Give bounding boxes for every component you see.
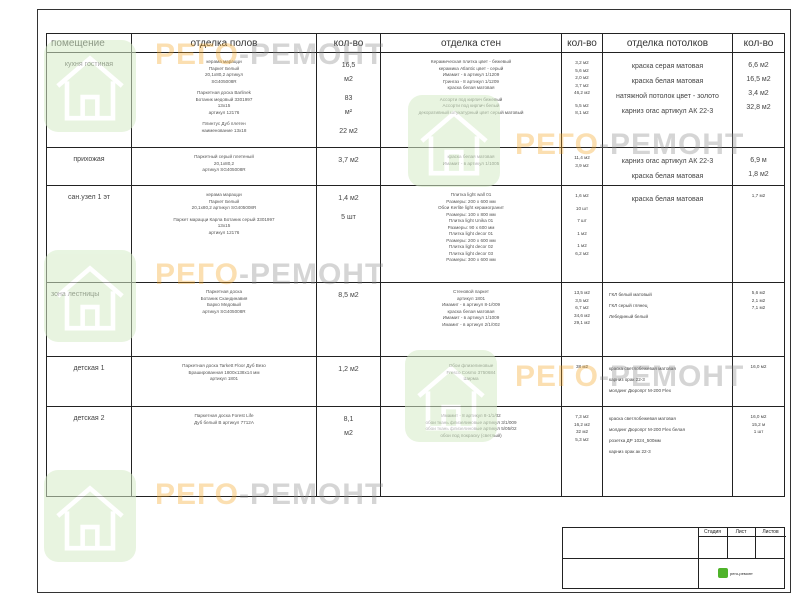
ceiling-finish: краска белая матовая	[603, 186, 733, 283]
header-walls: отделка стен	[381, 34, 562, 53]
title-block-sheet: Лист	[727, 528, 755, 537]
watermark-house-icon	[408, 95, 500, 187]
ceiling-qty: 1,7 м2	[733, 186, 785, 283]
watermark-text: РЕГО-РЕМОНТ	[155, 478, 384, 512]
ceiling-finish: ГКЛ белый матовыйГКЛ серый глянецЛебедин…	[603, 283, 733, 357]
watermark-text: РЕГО-РЕМОНТ	[515, 128, 744, 162]
wall-qty: 7,3 м216,2 м232 м25,3 м2	[562, 407, 603, 497]
watermark-text: РЕГО-РЕМОНТ	[155, 38, 384, 72]
wall-finish: Стеновой паркетартикул 1801Имамит - в ар…	[381, 283, 562, 357]
table-row: зона лестницыПаркетная доскаБотаник Скан…	[47, 283, 785, 357]
ceiling-qty: 16,0 м215,2 м1 шт	[733, 407, 785, 497]
watermark-house-icon	[405, 350, 497, 442]
room-name: прихожая	[47, 148, 132, 186]
title-block-sheets: Листов	[755, 528, 786, 537]
title-block-stage: Стадия	[698, 528, 727, 537]
ceiling-qty: 5,6 м22,1 м27,1 м2	[733, 283, 785, 357]
floor-finish: Паркетная доска Tarkett Floor Дуб ВезоБр…	[132, 357, 317, 407]
logo-icon	[718, 568, 728, 578]
header-qty-walls: кол-во	[562, 34, 603, 53]
watermark-text: РЕГО-РЕМОНТ	[515, 360, 744, 394]
room-name: детская 1	[47, 357, 132, 407]
company-logo: рего-ремонт	[718, 568, 753, 578]
floor-finish: Паркетный серый плетеный20,1х80,2артикул…	[132, 148, 317, 186]
wall-qty: 13,5 м23,5 м26,7 м234,6 м229,1 м2	[562, 283, 603, 357]
title-block: Стадия Лист Листов рего-ремонт	[562, 527, 785, 589]
watermark-house-icon	[44, 470, 136, 562]
ceiling-finish: краска светлобежевая матоваямолдинг Дюро…	[603, 407, 733, 497]
watermark-house-icon	[44, 250, 136, 342]
header-qty-ceilings: кол-во	[733, 34, 785, 53]
watermark-text: РЕГО-РЕМОНТ	[155, 258, 384, 292]
watermark-house-icon	[44, 40, 136, 132]
wall-qty: 1,6 м210 шт7 шт1 м21 м26,2 м2	[562, 186, 603, 283]
header-ceilings: отделка потолков	[603, 34, 733, 53]
floor-qty: 1,2 м2	[317, 357, 381, 407]
wall-finish: Плитка light wall 01Размеры: 200 х 600 м…	[381, 186, 562, 283]
floor-qty: 3,7 м2	[317, 148, 381, 186]
floor-finish: Паркетная доскаБотаник СкандинавияБарко …	[132, 283, 317, 357]
floor-qty: 8,5 м2	[317, 283, 381, 357]
